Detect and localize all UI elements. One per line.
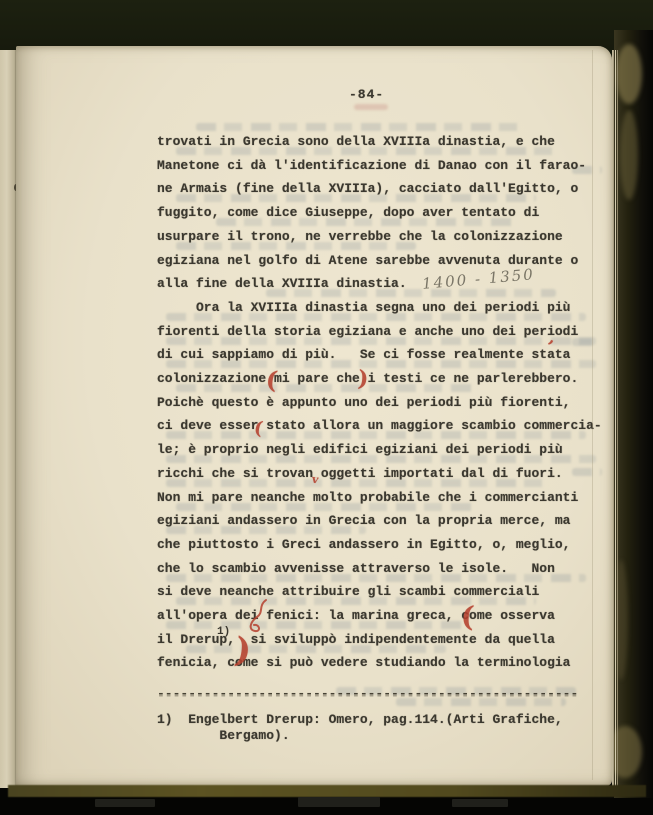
typed-line: ne Armais (fine della XVIIIa), cacciato … bbox=[157, 177, 578, 201]
footnote-reference-superscript: 1) bbox=[217, 626, 230, 638]
red-correction-mark: ( bbox=[460, 603, 475, 632]
typed-line: usurpare il trono, ne verrebbe che la co… bbox=[157, 225, 563, 249]
typed-line: fenicia, come si può vedere studiando la… bbox=[157, 651, 570, 675]
red-squiggle-mark bbox=[244, 598, 270, 638]
typed-line: le; è proprio negli edifici egiziani dei… bbox=[157, 438, 563, 462]
typed-line: egiziani andassero in Grecia con la prop… bbox=[157, 509, 570, 533]
red-correction-mark: ) bbox=[357, 368, 369, 391]
typed-line: Manetone ci dà l'identificazione di Dana… bbox=[157, 154, 586, 178]
sheet-edge-line bbox=[615, 50, 616, 786]
typed-line: che piuttosto i Greci andassero in Egitt… bbox=[157, 533, 570, 557]
typed-line: Ora la XVIIIa dinastia segna uno dei per… bbox=[157, 296, 570, 320]
typed-line: fiorenti della storia egiziana e anche u… bbox=[157, 320, 578, 344]
typed-line: all'opera dei fenici: la marina greca, c… bbox=[157, 604, 555, 628]
typed-line: alla fine della XVIIIa dinastia. bbox=[157, 272, 407, 296]
typed-line: ci deve esser stato allora un maggiore s… bbox=[157, 414, 602, 438]
typed-line: che lo scambio avvenisse attraverso le i… bbox=[157, 557, 555, 581]
manuscript-page: -84- trovati in Grecia sono della XVIIIa… bbox=[16, 46, 612, 786]
bleedthrough-smudge bbox=[354, 104, 388, 110]
bleedthrough-smudge bbox=[572, 468, 602, 476]
shadow-mark bbox=[452, 799, 508, 807]
sheet-edge-line bbox=[612, 50, 614, 786]
page-number: -84- bbox=[349, 87, 384, 102]
typed-line: Non mi pare neanche molto probabile che … bbox=[157, 486, 578, 510]
footnote-separator: ----------------------------------------… bbox=[157, 686, 578, 701]
shadow-mark bbox=[95, 799, 155, 807]
marbling-patch bbox=[616, 44, 642, 104]
book-bottom-edge bbox=[8, 785, 646, 797]
page-crease bbox=[592, 50, 593, 780]
shadow-mark bbox=[298, 797, 380, 807]
previous-page-edge bbox=[0, 50, 17, 788]
marbling-patch bbox=[620, 110, 638, 200]
typed-line: trovati in Grecia sono della XVIIIa dina… bbox=[157, 130, 555, 154]
footnote-line: 1) Engelbert Drerup: Omero, pag.114.(Art… bbox=[157, 712, 563, 727]
typed-line: fuggito, come dice Giuseppe, dopo aver t… bbox=[157, 201, 539, 225]
typed-line: di cui sappiamo di più. Se ci fosse real… bbox=[157, 343, 570, 367]
footnote-line: Bergamo). bbox=[157, 728, 290, 743]
scanned-book-photo: -84- trovati in Grecia sono della XVIIIa… bbox=[0, 0, 653, 815]
typed-line: si deve neanche attribuire gli scambi co… bbox=[157, 580, 539, 604]
sheet-edge-line bbox=[617, 50, 618, 786]
typed-line: ricchi che si trovan oggetti importati d… bbox=[157, 462, 563, 486]
typed-line: Poichè questo è appunto uno dei periodi … bbox=[157, 391, 570, 415]
